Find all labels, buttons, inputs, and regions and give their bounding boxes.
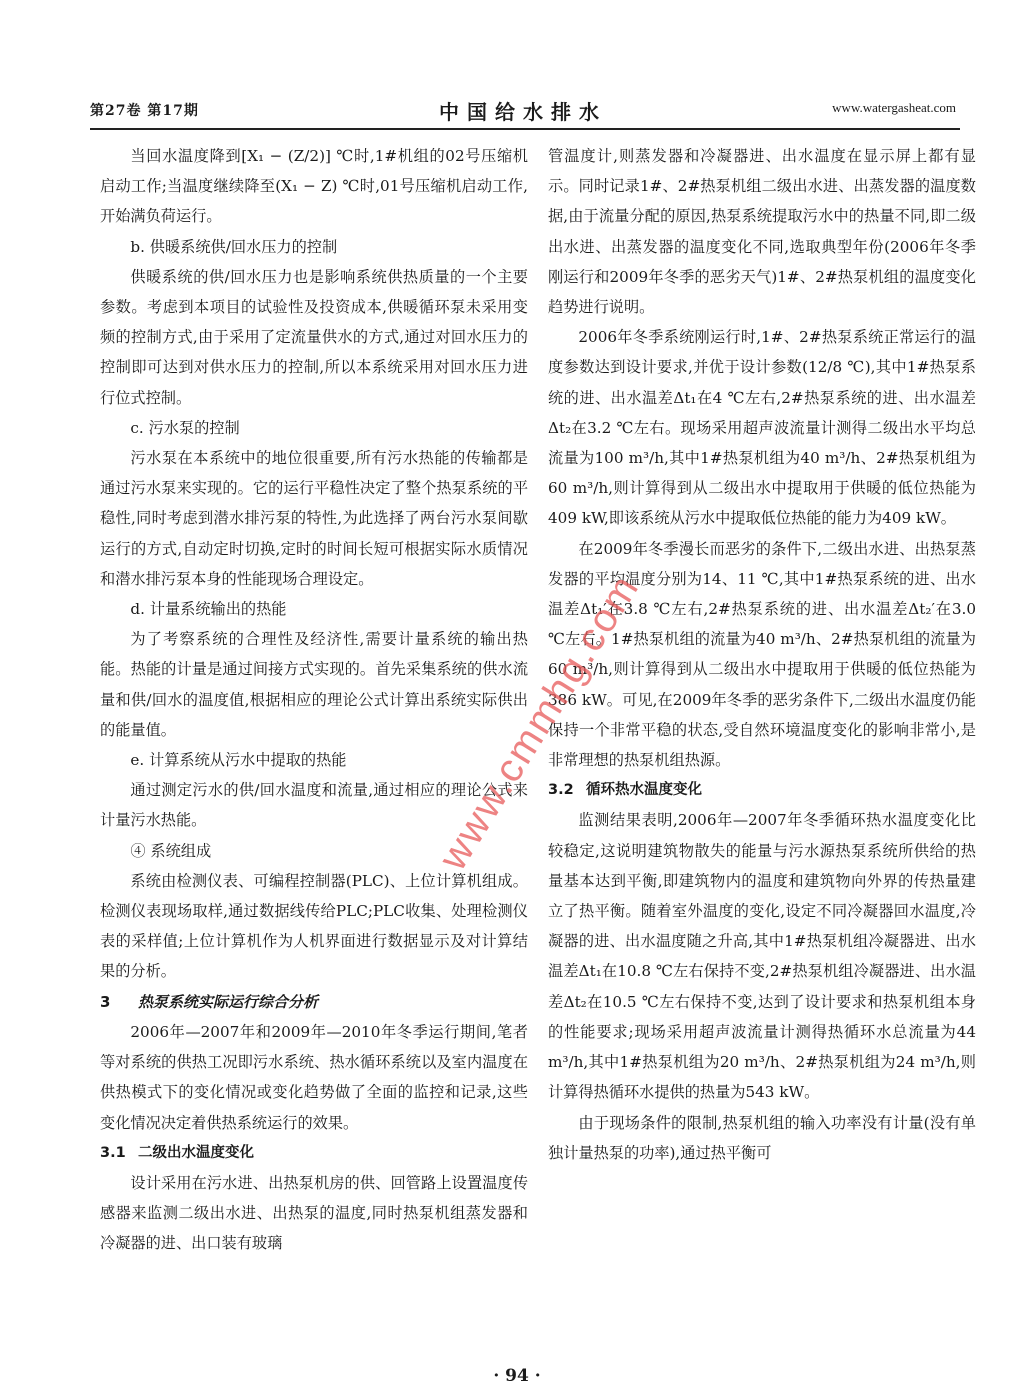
running-header: 第27卷 第17期 中国给水排水 www.watergasheat.com (90, 96, 956, 126)
section-number: 3.1 (100, 1138, 138, 1168)
paragraph: 设计采用在污水进、出热泵机房的供、回管路上设置温度传感器来监测二级出水进、出热泵… (100, 1168, 528, 1259)
paragraph: 在2009年冬季漫长而恶劣的条件下,二级出水进、出热泵蒸发器的平均温度分别为14… (548, 534, 976, 776)
section-title: 循环热水温度变化 (586, 782, 702, 798)
section-number: 3.2 (548, 775, 586, 805)
paragraph: 当回水温度降到[X₁ − (Z/2)] ℃时,1#机组的02号压缩机启动工作;当… (100, 141, 528, 232)
journal-website: www.watergasheat.com (832, 100, 956, 116)
paragraph: 为了考察系统的合理性及经济性,需要计量系统的输出热能。热能的计量是通过间接方式实… (100, 624, 528, 745)
subsection-d-title: d. 计量系统输出的热能 (100, 594, 528, 624)
paragraph: 供暖系统的供/回水压力也是影响系统供热质量的一个主要参数。考虑到本项目的试验性及… (100, 262, 528, 413)
paragraph: 污水泵在本系统中的地位很重要,所有污水热能的传输都是通过污水泵来实现的。它的运行… (100, 443, 528, 594)
left-column: 当回水温度降到[X₁ − (Z/2)] ℃时,1#机组的02号压缩机启动工作;当… (100, 141, 528, 1259)
section-3-heading: 3热泵系统实际运行综合分析 (100, 987, 528, 1017)
right-column: 管温度计,则蒸发器和冷凝器进、出水温度在显示屏上都有显示。同时记录1#、2#热泵… (548, 141, 976, 1168)
section-title: 热泵系统实际运行综合分析 (138, 993, 318, 1011)
paragraph: 监测结果表明,2006年—2007年冬季循环热水温度变化比较稳定,这说明建筑物散… (548, 805, 976, 1107)
subsection-b-title: b. 供暖系统供/回水压力的控制 (100, 232, 528, 262)
paragraph: 2006年冬季系统刚运行时,1#、2#热泵系统正常运行的温度参数达到设计要求,并… (548, 322, 976, 533)
section-3-1-heading: 3.1二级出水温度变化 (100, 1138, 528, 1168)
paragraph: 通过测定污水的供/回水温度和流量,通过相应的理论公式来计量污水热能。 (100, 775, 528, 835)
subsection-e-title: e. 计算系统从污水中提取的热能 (100, 745, 528, 775)
section-title: 二级出水温度变化 (138, 1145, 254, 1161)
item-4-title: ④ 系统组成 (100, 836, 528, 866)
header-rule (90, 128, 960, 130)
section-3-2-heading: 3.2循环热水温度变化 (548, 775, 976, 805)
paragraph: 管温度计,则蒸发器和冷凝器进、出水温度在显示屏上都有显示。同时记录1#、2#热泵… (548, 141, 976, 322)
paragraph: 2006年—2007年和2009年—2010年冬季运行期间,笔者等对系统的供热工… (100, 1017, 528, 1138)
section-number: 3 (100, 987, 138, 1017)
page-number: · 94 · (0, 1366, 1034, 1386)
paragraph: 系统由检测仪表、可编程控制器(PLC)、上位计算机组成。检测仪表现场取样,通过数… (100, 866, 528, 987)
journal-title: 中国给水排水 (90, 96, 956, 125)
paragraph: 由于现场条件的限制,热泵机组的输入功率没有计量(没有单独计量热泵的功率),通过热… (548, 1108, 976, 1168)
subsection-c-title: c. 污水泵的控制 (100, 413, 528, 443)
